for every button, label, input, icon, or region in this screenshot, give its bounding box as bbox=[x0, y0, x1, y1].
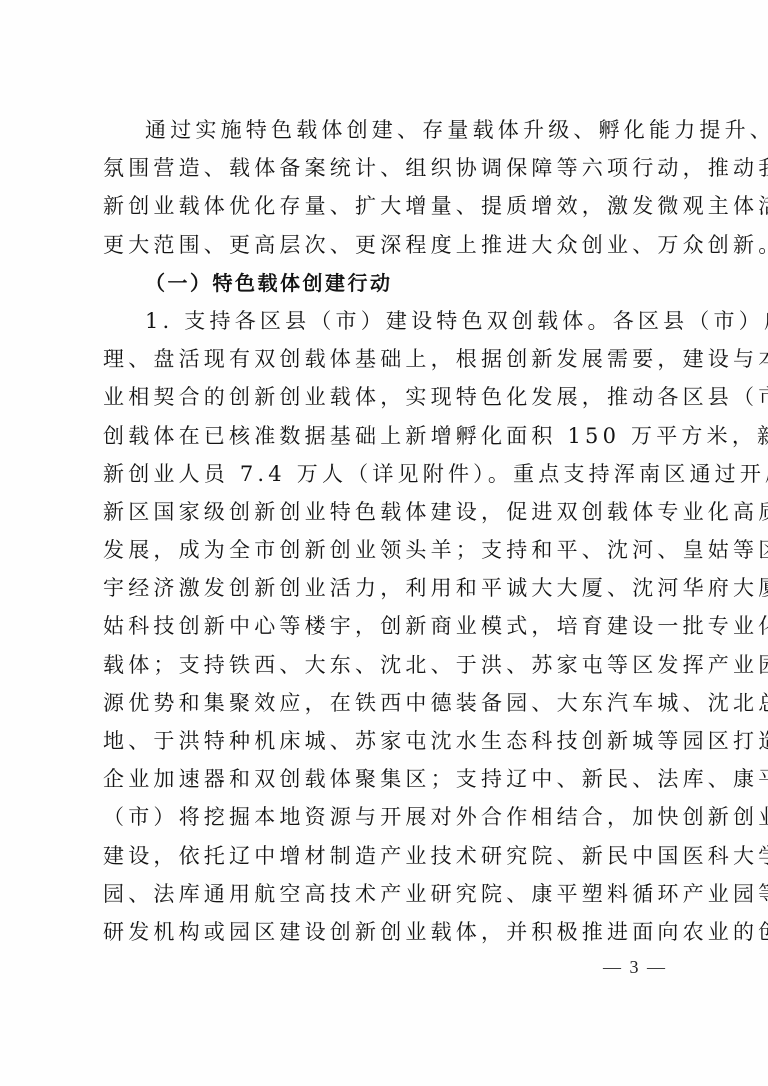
paragraph-2-line-10: 载体；支持铁西、大东、沈北、于洪、苏家屯等区发挥产业园区的资 bbox=[103, 646, 669, 684]
paragraph-2-line-6: 新区国家级创新创业特色载体建设，促进双创载体专业化高质量 bbox=[103, 493, 669, 531]
paragraph-2-line-16: 园、法库通用航空高技术产业研究院、康平塑料循环产业园等新型 bbox=[103, 875, 669, 913]
document-page: 通过实施特色载体创建、存量载体升级、孵化能力提升、创新 氛围营造、载体备案统计、… bbox=[0, 0, 768, 1086]
paragraph-2-line-1: 1. 支持各区县（市）建设特色双创载体。各区县（市）应在梳 bbox=[103, 302, 669, 340]
paragraph-1-line-1: 通过实施特色载体创建、存量载体升级、孵化能力提升、创新 bbox=[103, 111, 669, 149]
paragraph-2-line-12: 地、于洪特种机床城、苏家屯沈水生态科技创新城等园区打造科技 bbox=[103, 722, 669, 760]
paragraph-2-line-3: 业相契合的创新创业载体，实现特色化发展，推动各区县（市）双 bbox=[103, 378, 669, 416]
paragraph-2-line-4: 创载体在已核准数据基础上新增孵化面积 150 万平方米，新增创 bbox=[103, 417, 669, 455]
paragraph-1-line-2: 氛围营造、载体备案统计、组织协调保障等六项行动，推动我市创 bbox=[103, 149, 669, 187]
paragraph-2-line-17: 研发机构或园区建设创新创业载体，并积极推进面向农业的创新 bbox=[103, 913, 669, 951]
document-body: 通过实施特色载体创建、存量载体升级、孵化能力提升、创新 氛围营造、载体备案统计、… bbox=[103, 111, 669, 951]
paragraph-2-line-13: 企业加速器和双创载体聚集区；支持辽中、新民、法库、康平等区县 bbox=[103, 760, 669, 798]
paragraph-1-line-3: 新创业载体优化存量、扩大增量、提质增效，激发微观主体活力，在 bbox=[103, 187, 669, 225]
paragraph-2-line-11: 源优势和集聚效应，在铁西中德装备园、大东汽车城、沈北总部基 bbox=[103, 684, 669, 722]
paragraph-2-line-15: 建设，依托辽中增材制造产业技术研究院、新民中国医科大学科技 bbox=[103, 837, 669, 875]
paragraph-2-line-9: 姑科技创新中心等楼宇，创新商业模式，培育建设一批专业化双创 bbox=[103, 607, 669, 645]
page-number: — 3 — bbox=[580, 957, 690, 978]
paragraph-2-line-14: （市）将挖掘本地资源与开展对外合作相结合，加快创新创业载体 bbox=[103, 798, 669, 836]
paragraph-1-line-4: 更大范围、更高层次、更深程度上推进大众创业、万众创新。 bbox=[103, 226, 669, 264]
paragraph-2-line-7: 发展，成为全市创新创业领头羊；支持和平、沈河、皇姑等区依托楼 bbox=[103, 531, 669, 569]
paragraph-2-line-8: 宇经济激发创新创业活力，利用和平诚大大厦、沈河华府大厦、皇 bbox=[103, 569, 669, 607]
paragraph-2-line-2: 理、盘活现有双创载体基础上，根据创新发展需要，建设与本地产 bbox=[103, 340, 669, 378]
section-heading: （一）特色载体创建行动 bbox=[103, 264, 669, 302]
paragraph-2-line-5: 新创业人员 7.4 万人（详见附件）。重点支持浑南区通过开展高 bbox=[103, 455, 669, 493]
